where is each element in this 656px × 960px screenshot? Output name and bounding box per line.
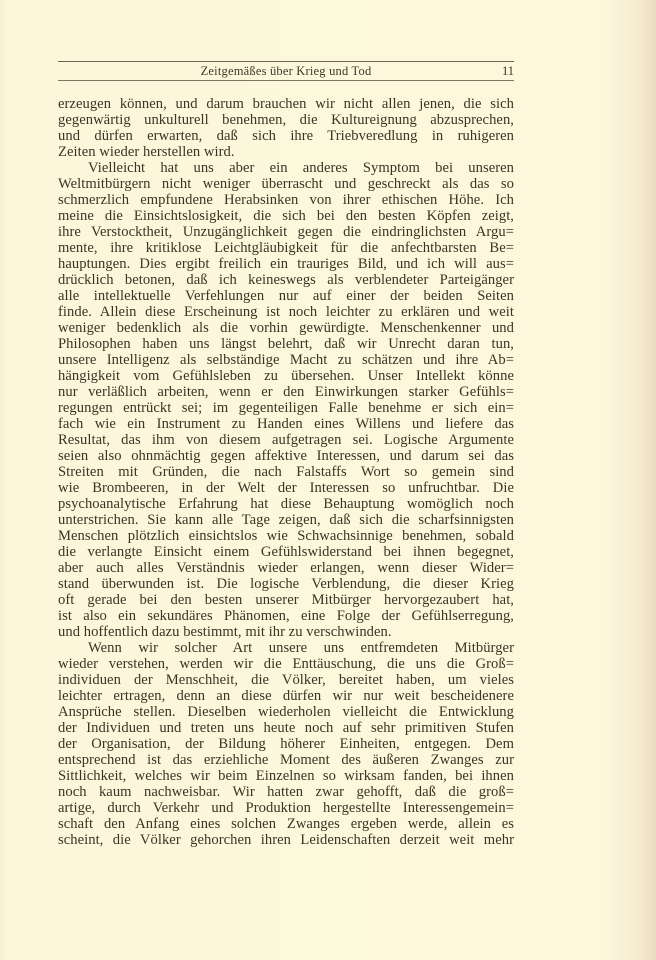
- text-line: fach wie ein Instrument zu Handen eines …: [58, 416, 514, 432]
- text-line: nur verläßlich arbeiten, wenn er den Ein…: [58, 384, 514, 400]
- text-line: und dürfen erwarten, daß sich ihre Trieb…: [58, 128, 514, 144]
- text-line: noch kaum nachweisbar. Wir hatten zwar g…: [58, 784, 514, 800]
- text-line: finde. Allein diese Erscheinung ist noch…: [58, 304, 514, 320]
- text-line: oft gerade bei den besten unserer Mitbür…: [58, 592, 514, 608]
- text-line: weniger bedenklich als die vorhin gewürd…: [58, 320, 514, 336]
- text-line: scheint, die Völker gehorchen ihren Leid…: [58, 832, 514, 848]
- text-line: der Individuen und treten uns heute noch…: [58, 720, 514, 736]
- text-line: hauptungen. Dies ergibt freilich ein tra…: [58, 256, 514, 272]
- running-head: Zeitgemäßes über Krieg und Tod 11: [58, 61, 514, 81]
- text-line: meine die Einsichtslosigkeit, die sich b…: [58, 208, 514, 224]
- text-line: Wenn wir solcher Art unsere uns entfremd…: [58, 640, 514, 656]
- text-line: Vielleicht hat uns aber ein anderes Symp…: [58, 160, 514, 176]
- text-line: entsprechend ist das erziehliche Moment …: [58, 752, 514, 768]
- text-line: erzeugen können, und darum brauchen wir …: [58, 96, 514, 112]
- book-page: Zeitgemäßes über Krieg und Tod 11 erzeug…: [0, 0, 656, 960]
- text-line: stand überwunden ist. Die logische Verbl…: [58, 576, 514, 592]
- text-line: Ansprüche stellen. Dieselben wiederholen…: [58, 704, 514, 720]
- body-text: erzeugen können, und darum brauchen wir …: [58, 96, 514, 848]
- paragraph-1: erzeugen können, und darum brauchen wir …: [58, 96, 514, 160]
- text-line: regungen entrückt sei; im gegenteiligen …: [58, 400, 514, 416]
- text-line: Philosophen haben uns längst belehrt, da…: [58, 336, 514, 352]
- text-line: individuen der Menschheit, die Völker, b…: [58, 672, 514, 688]
- text-line: psychoanalytische Erfahrung hat diese Be…: [58, 496, 514, 512]
- text-line: wieder verstehen, werden wir die Enttäus…: [58, 656, 514, 672]
- text-line: mente, ihre kritiklose Leichtgläubigkeit…: [58, 240, 514, 256]
- text-line: Sittlichkeit, welches wir beim Einzelnen…: [58, 768, 514, 784]
- text-line: unterstrichen. Sie kann alle Tage zeigen…: [58, 512, 514, 528]
- text-line: Weltmitbürgern nicht weniger überrascht …: [58, 176, 514, 192]
- text-line: hängigkeit vom Gefühlsleben zu übersehen…: [58, 368, 514, 384]
- text-line: drücklich betonen, daß ich keineswegs al…: [58, 272, 514, 288]
- text-line: schaft den Anfang eines solchen Zwanges …: [58, 816, 514, 832]
- text-line: leichter ertragen, denn an diese dürfen …: [58, 688, 514, 704]
- text-line: die verlangte Einsicht einem Gefühlswide…: [58, 544, 514, 560]
- paragraph-3: Wenn wir solcher Art unsere uns entfremd…: [58, 640, 514, 848]
- text-line: ihre Verstocktheit, Unzugänglichkeit geg…: [58, 224, 514, 240]
- text-line: Menschen plötzlich einsichtslos wie Schw…: [58, 528, 514, 544]
- text-line: schmerzlich empfundene Herabsinken von i…: [58, 192, 514, 208]
- text-line: Zeiten wieder herstellen wird.: [58, 144, 514, 160]
- text-line: Streiten mit Gründen, die nach Falstaffs…: [58, 464, 514, 480]
- text-line: ist also ein sekundäres Phänomen, eine F…: [58, 608, 514, 624]
- text-line: Resultat, das ihm von diesem aufgetragen…: [58, 432, 514, 448]
- text-line: gegenwärtig unkulturell benehmen, die Ku…: [58, 112, 514, 128]
- text-line: alle intellektuelle Verfehlungen nur auf…: [58, 288, 514, 304]
- text-line: und hoffentlich dazu bestimmt, mit ihr z…: [58, 624, 514, 640]
- running-title: Zeitgemäßes über Krieg und Tod: [58, 63, 514, 79]
- text-line: unsere Intelligenz als selbständige Mach…: [58, 352, 514, 368]
- text-line: der Organisation, der Bildung höherer Ei…: [58, 736, 514, 752]
- text-line: seien also ohnmächtig gegen affektive In…: [58, 448, 514, 464]
- text-line: artige, durch Verkehr und Produktion her…: [58, 800, 514, 816]
- text-line: wie Brombeeren, in der Welt der Interess…: [58, 480, 514, 496]
- paragraph-2: Vielleicht hat uns aber ein anderes Symp…: [58, 160, 514, 640]
- text-line: aber auch alles Verständnis wieder erlan…: [58, 560, 514, 576]
- page-number: 11: [502, 63, 514, 79]
